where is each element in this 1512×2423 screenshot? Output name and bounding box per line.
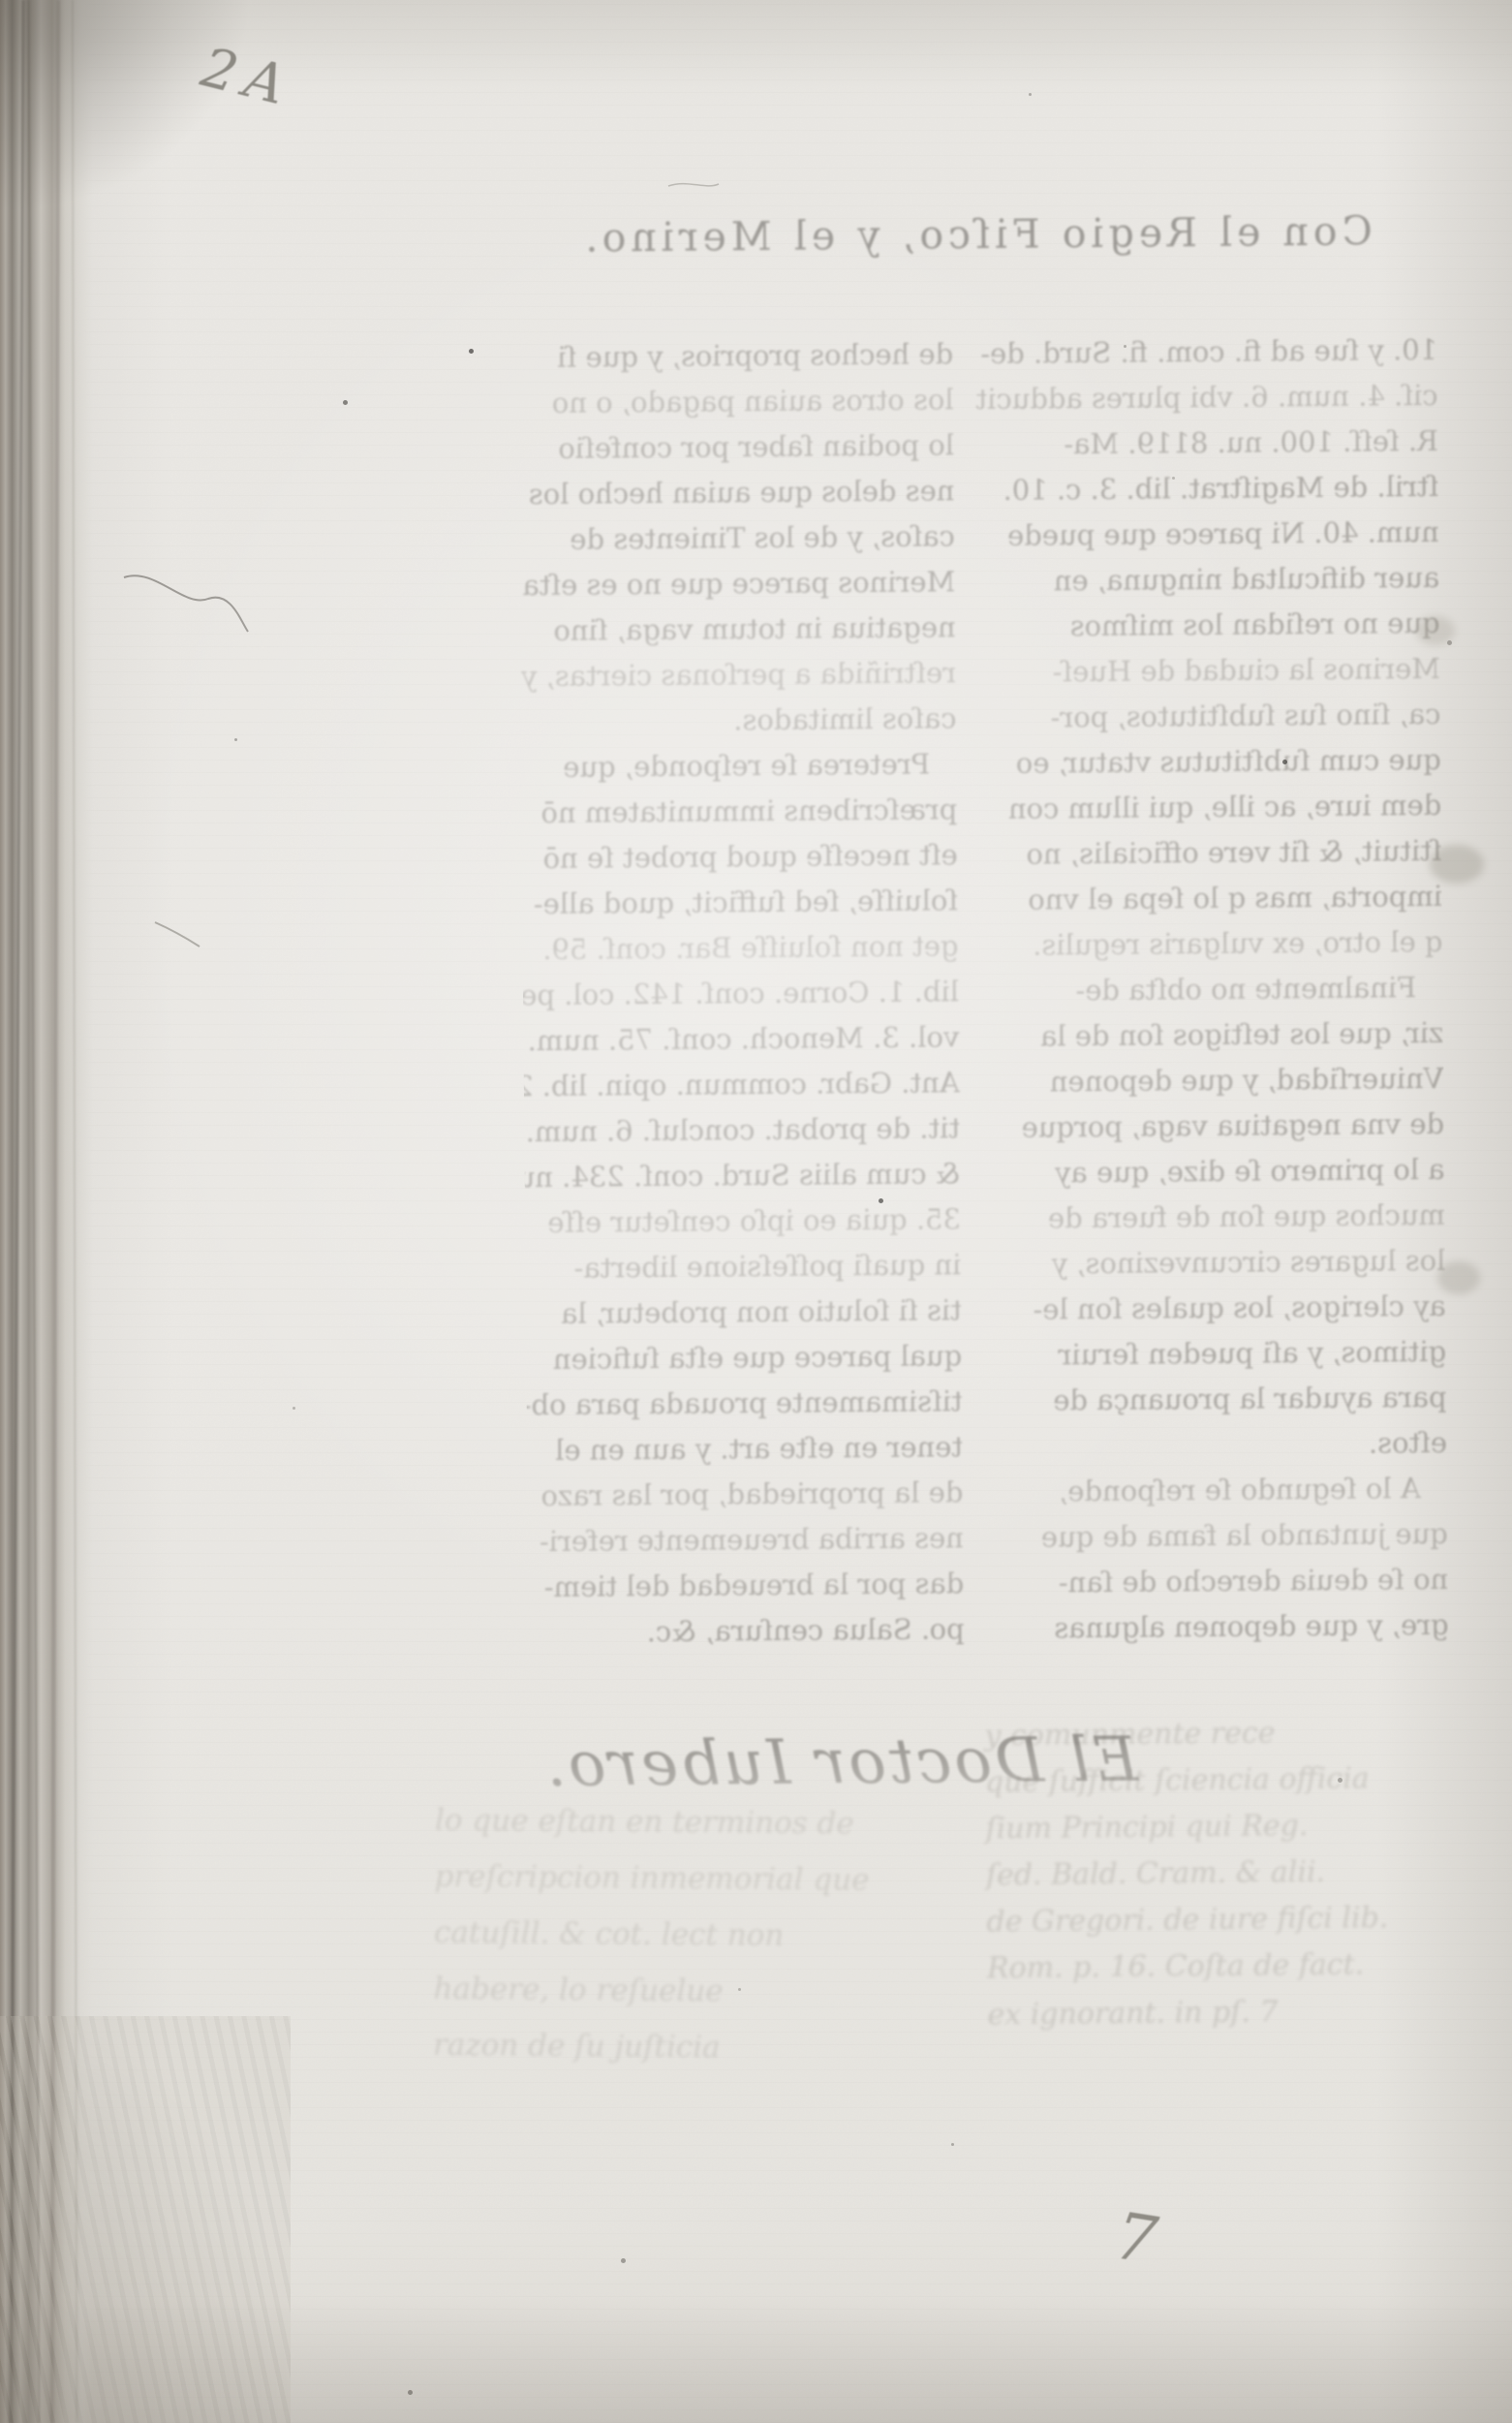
- showthrough-line: caſos, y de los Tinientes de: [519, 513, 955, 563]
- showthrough-line: q el otro, ex vulgaris regulis.: [1006, 919, 1442, 969]
- showthrough-line: de la propriedad, por las razo: [527, 1470, 963, 1519]
- faint-text-line: catuſill. & cot. lect non: [434, 1905, 938, 1966]
- showthrough-line: ca, ſino ſus ſubſtitutos, por-: [1004, 692, 1440, 741]
- showthrough-line: get non ſoluiſſe Bar. conſ. 59.: [522, 923, 958, 973]
- faint-text-line: ex ignorant. in pſ. 7: [987, 1988, 1433, 2039]
- showthrough-column-citations: 10. y ſue ad fi. com. fi. Surd. de-ciſ. …: [1002, 327, 1449, 1652]
- showthrough-line: reſtriñida a perſonas ciertas, y: [520, 650, 956, 699]
- faint-text-line: y comunmente rece: [984, 1709, 1430, 1760]
- showthrough-line: muchos que ſon de fuera de: [1009, 1193, 1445, 1242]
- showthrough-line: præſcribens immunitatem nō: [521, 787, 957, 836]
- faint-text-line: preſcripcion inmemorial que: [434, 1848, 938, 1910]
- showthrough-line: po. Salua cenſura, &c.: [528, 1606, 964, 1656]
- showthrough-line: Preterea ſe reſponde, que: [521, 741, 957, 791]
- bottom-left-torn-edges: [0, 2016, 291, 2423]
- showthrough-line: caſos limitados.: [520, 696, 956, 745]
- showthrough-line: Merinos parece que no es eſta: [519, 559, 955, 608]
- faint-text-line: ſium Principi qui Reg.: [985, 1802, 1431, 1853]
- ink-specks: [0, 0, 3, 3]
- showthrough-line: das por la breuedad del tiem-: [528, 1561, 964, 1610]
- showthrough-line: para ayudar la prouança de: [1010, 1375, 1446, 1424]
- faint-text-line: ſed. Bald. Cram. & alii.: [986, 1848, 1432, 1900]
- showthrough-line: gre, y que deponen algunas: [1012, 1602, 1448, 1652]
- showthrough-line: tit. de probat. concluſ. 6. num. 38.: [524, 1105, 960, 1155]
- running-header-mirrored: Con el Regio Fiſco, y el Merino.: [516, 202, 1436, 267]
- showthrough-columns: 10. y ſue ad fi. com. fi. Surd. de-ciſ. …: [517, 327, 1449, 1656]
- showthrough-line: Merinos la ciudad de Hueſ-: [1004, 646, 1440, 696]
- faint-text-line: que ſufficit ſciencia officia: [985, 1755, 1431, 1807]
- edge-smudge: [1430, 845, 1484, 884]
- showthrough-line: de hechos proprios, y que ſi: [517, 331, 953, 381]
- showthrough-line: vol. 3. Menoch. conſ. 75. num. 8.: [523, 1014, 959, 1064]
- faint-offset-text-left: lo que eſtan en terminos depreſcripcion …: [433, 1792, 940, 2078]
- showthrough-line: nes delos que auian hecho los: [518, 468, 954, 517]
- showthrough-line: tener en eſte art. y aun en el: [527, 1424, 963, 1474]
- showthrough-line: 10. y ſue ad fi. com. fi. Surd. de-: [1002, 327, 1437, 377]
- showthrough-line: R. ſeſſ. 100. nu. 8119. Ma-: [1003, 419, 1438, 468]
- showthrough-line: 35. quia eo ipſo cenſetur eſſe: [525, 1196, 961, 1246]
- showthrough-recto-text: Con el Regio Fiſco, y el Merino. 10. y ſ…: [516, 202, 1450, 1801]
- showthrough-line: ciſ. 4. num. 6. vbi plures adducit: [1002, 373, 1437, 422]
- showthrough-line: A lo ſegundo ſe reſponde,: [1011, 1466, 1447, 1515]
- showthrough-line: a lo primero ſe dize, que ay: [1008, 1147, 1444, 1196]
- showthrough-line: eſt neceſſe quod probet ſe nō: [521, 832, 957, 882]
- showthrough-line: que no reſidan los miſmos: [1003, 601, 1439, 650]
- faint-text-line: lo que eſtan en terminos de: [435, 1792, 939, 1853]
- showthrough-line: num. 40. Ni parece que puede: [1003, 510, 1439, 559]
- showthrough-line: eſtos.: [1011, 1420, 1447, 1470]
- showthrough-line: tiſsimamente prouada para ob-: [526, 1379, 962, 1428]
- edge-smudge: [1437, 1261, 1480, 1294]
- showthrough-line: los lugares circunvezinos, y: [1009, 1238, 1445, 1288]
- showthrough-line: los otros auian pagado, o no: [517, 377, 953, 426]
- faint-text-line: habere, lo reſuelue: [433, 1961, 937, 2022]
- faint-text-line: de Gregori. de iure fiſci lib.: [986, 1895, 1432, 1946]
- showthrough-line: ay clerigos, los quales ſon le-: [1010, 1284, 1446, 1333]
- showthrough-line: lo podian ſaber por confeſio: [518, 422, 954, 472]
- edge-smudge: [1416, 616, 1455, 645]
- showthrough-line: & cum aliis Surd. conſ. 234. nu: [524, 1151, 960, 1200]
- showthrough-line: lib. 1. Corne. conſ. 142. col. penul.: [523, 969, 959, 1018]
- scanned-page: 2A Con el Regio Fiſco, y el Merino. 10. …: [0, 0, 1512, 2423]
- showthrough-line: qual parece que eſta ſuficien: [526, 1333, 962, 1382]
- showthrough-line: gitimos, y aſi pueden ſeruir: [1010, 1329, 1446, 1379]
- showthrough-line: nes arriba breuemente referi-: [528, 1515, 964, 1565]
- showthrough-line: dem iure, ac ille, qui illum con: [1005, 783, 1441, 832]
- showthrough-column-main: de hechos proprios, y que ſilos otros au…: [517, 331, 965, 1656]
- faint-offset-text-right: y comunmente receque ſufficit ſciencia o…: [984, 1709, 1433, 2039]
- showthrough-line: ſtituit, & ſit vere officialis, no: [1005, 828, 1441, 878]
- showthrough-line: auer dificultad ninguna, en: [1003, 555, 1439, 605]
- showthrough-line: que juntando la fama de que: [1012, 1511, 1448, 1561]
- showthrough-line: que cum ſubſtitutus vtatur, eo: [1005, 737, 1441, 787]
- showthrough-line: ſtril. de Magiſtrat. lib. 3. c. 10.: [1003, 464, 1438, 513]
- showthrough-line: Ant. Gabr. commun. opin. lib. 2: [524, 1060, 960, 1109]
- showthrough-line: de vna negatiua vaga, porque: [1008, 1102, 1444, 1151]
- faint-text-line: razon de ſu juſticia: [433, 2017, 937, 2078]
- showthrough-line: in quaſi poſſeſsione liberta-: [525, 1242, 961, 1291]
- showthrough-line: Finalmente no obſta de-: [1007, 965, 1443, 1014]
- top-left-gutter-shadow: [0, 0, 252, 213]
- showthrough-line: importa, mas q lo ſepa el vno: [1006, 874, 1442, 923]
- showthrough-line: no ſe deuia derecho de ſan-: [1012, 1557, 1448, 1606]
- showthrough-line: zir, que los teſtigos ſon de la: [1007, 1010, 1443, 1060]
- showthrough-line: ſoluiſſe, ſed ſufficit, quod alle-: [522, 878, 958, 927]
- faint-text-line: Rom. p. 16. Coſta de fact.: [987, 1942, 1433, 1993]
- showthrough-line: tis ſi ſolutio non probetur, la: [526, 1288, 962, 1337]
- showthrough-line: negatiua in totum vaga, ſino: [519, 605, 955, 654]
- showthrough-line: Vniuerſidad, y que deponen: [1008, 1056, 1444, 1105]
